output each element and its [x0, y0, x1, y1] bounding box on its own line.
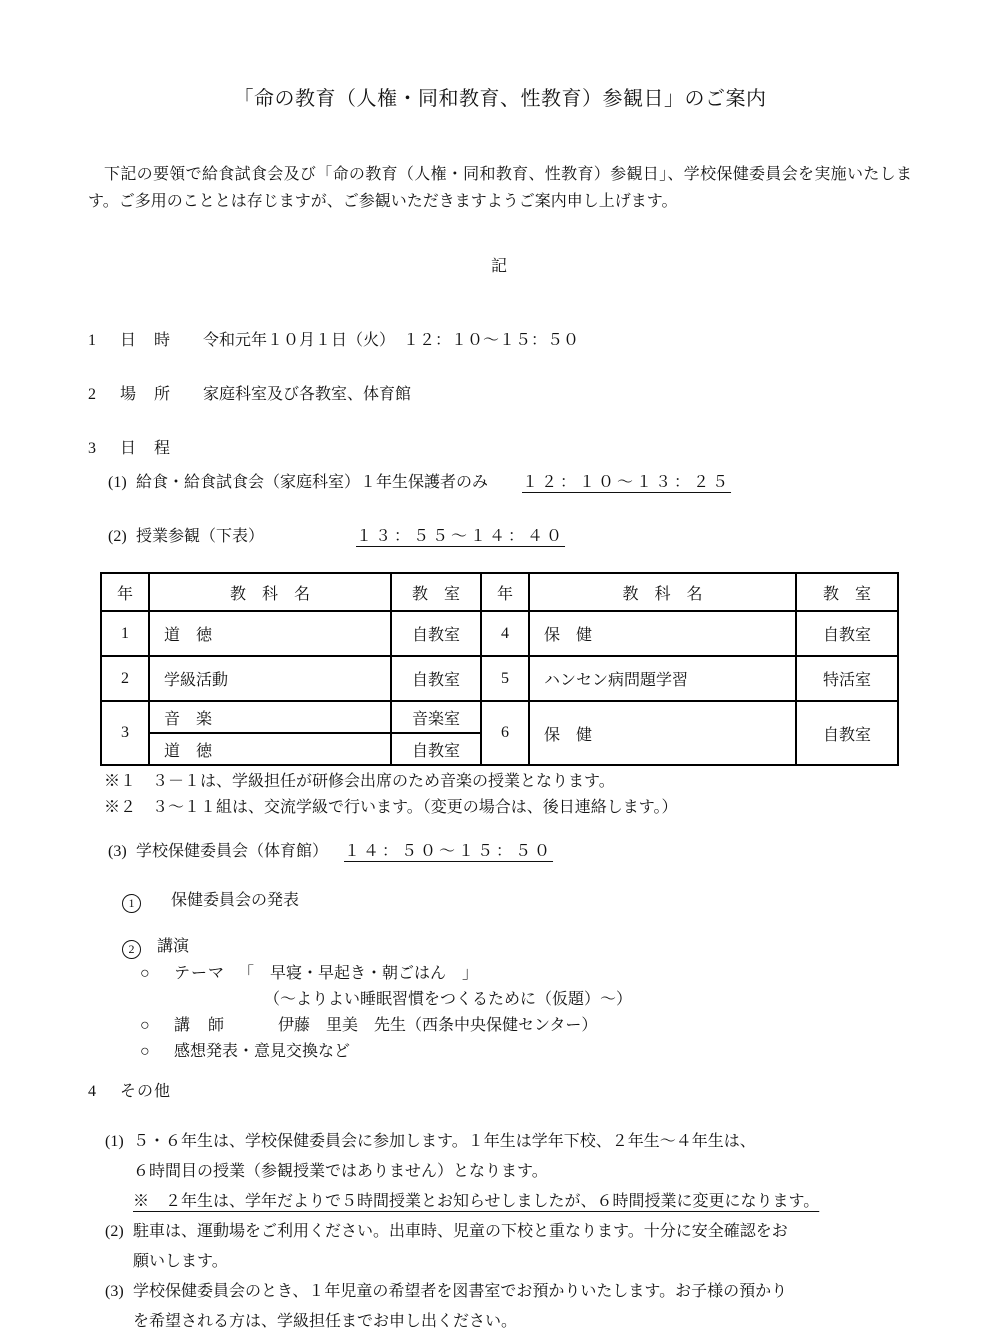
header-subject: 教 科 名 [149, 573, 391, 611]
cell-grade: 6 [481, 701, 529, 765]
cell-room: 自教室 [391, 611, 481, 656]
cell-subject: 道 徳 [149, 611, 391, 656]
section-label: 場 所 [120, 382, 171, 408]
schedule-item-3-time: １４：５０～１５：５０ [344, 843, 553, 860]
section-number: 2 [88, 382, 108, 408]
schedule-item-1-text: 給食・給食試食会（家庭科室）１年生保護者のみ [136, 474, 488, 491]
table-notes: ※１ ３－１は、学級担任が研修会出席のため音楽の授業となります。 ※２ ３～１１… [104, 769, 1000, 821]
section-label: 日 程 [120, 436, 171, 462]
cell-subject: 音 楽 [149, 701, 391, 733]
section-place: 2場 所家庭科室及び各教室、体育館 [88, 382, 1000, 408]
section-number: 4 [88, 1079, 108, 1105]
table-note-1: ※１ ３－１は、学級担任が研修会出席のため音楽の授業となります。 [104, 769, 1000, 795]
document-page: 「命の教育（人権・同和教育、性教育）参観日」のご案内 下記の要領で給食試食会及び… [0, 0, 1000, 1339]
cell-room: 自教室 [796, 701, 898, 765]
place-value: 家庭科室及び各教室、体育館 [203, 386, 411, 403]
item-number: (1) [108, 470, 136, 496]
others-item-3: (3)学校保健委員会のとき、１年児童の希望者を図書室でお預かりいたします。お子様… [105, 1277, 1000, 1307]
cell-room: 音楽室 [391, 701, 481, 733]
cell-grade: 5 [481, 656, 529, 701]
circled-number-icon: 1 [122, 894, 141, 913]
schedule-item-3-text: 学校保健委員会（体育館） [136, 843, 328, 860]
item-number: (3) [108, 839, 136, 865]
section-number: 1 [88, 328, 108, 354]
cell-grade: 4 [481, 611, 529, 656]
header-subject: 教 科 名 [529, 573, 796, 611]
others-item-1: (1)５・６年生は、学校保健委員会に参加します。１年生は学年下校、２年生～４年生… [105, 1127, 1000, 1157]
section-schedule: 3日 程 [88, 436, 1000, 462]
cell-grade: 3 [101, 701, 149, 765]
schedule-item-2: (2)授業参観（下表）１３：５５～１４：４０ [108, 524, 1000, 550]
others-item-2-line2: 願いします。 [133, 1247, 1000, 1277]
theme-text: 「 早寝・早起き・朝ごはん 」 [238, 965, 478, 982]
committee-item-1-text: 保健委員会の発表 [171, 892, 299, 909]
committee-item-1: 1保健委員会の発表 [122, 889, 1000, 913]
committee-item-2-text: 講演 [157, 938, 189, 955]
schedule-item-1-time: １２：１０～１３：２５ [522, 474, 731, 491]
datetime-value: 令和元年１０月１日（火） １２：１０～１５：５０ [203, 332, 579, 349]
others-item-3-line2: を希望される方は、学級担任までお申し出ください。 [133, 1307, 1000, 1337]
schedule-item-1: (1)給食・給食試食会（家庭科室）１年生保護者のみ１２：１０～１３：２５ [108, 470, 1000, 496]
others-item-1-note: ※ ２年生は、学年だよりで５時間授業とお知らせしましたが、６時間授業に変更になり… [133, 1187, 1000, 1217]
schedule-item-2-text: 授業参観（下表） [136, 528, 264, 545]
cell-room: 自教室 [391, 733, 481, 765]
cell-grade: 1 [101, 611, 149, 656]
record-mark: 記 [0, 253, 1000, 276]
cell-room: 自教室 [391, 656, 481, 701]
item-number: (1) [105, 1127, 133, 1157]
item-number: (2) [108, 524, 136, 550]
section-number: 3 [88, 436, 108, 462]
others-item-1-line2: ６時間目の授業（参観授業ではありません）となります。 [133, 1157, 1000, 1187]
cell-room: 自教室 [796, 611, 898, 656]
item-number: (2) [105, 1217, 133, 1247]
table-row: 1 道 徳 自教室 4 保 健 自教室 [101, 611, 898, 656]
circle-bullet-icon: ○ [140, 1039, 174, 1065]
lecture-theme-subtitle: （～よりよい睡眠習慣をつくるために（仮題）～） [264, 987, 1000, 1013]
section-label: その他 [120, 1079, 171, 1105]
section-others: 4その他 [88, 1079, 1000, 1105]
header-year: 年 [101, 573, 149, 611]
header-year: 年 [481, 573, 529, 611]
others-item-1-line1: ５・６年生は、学校保健委員会に参加します。１年生は学年下校、２年生～４年生は、 [133, 1133, 756, 1150]
schedule-item-2-time: １３：５５～１４：４０ [356, 528, 565, 545]
theme-label: テーマ [174, 961, 238, 987]
cell-subject: 保 健 [529, 701, 796, 765]
section-label: 日 時 [120, 328, 171, 354]
others-item-2-line1: 駐車は、運動場をご利用ください。出車時、児童の下校と重なります。十分に安全確認を… [133, 1223, 788, 1240]
others-item-3-line1: 学校保健委員会のとき、１年児童の希望者を図書室でお預かりいたします。お子様の預か… [133, 1283, 787, 1300]
cell-subject: ハンセン病問題学習 [529, 656, 796, 701]
header-room: 教 室 [391, 573, 481, 611]
cell-room: 特活室 [796, 656, 898, 701]
others-item-2: (2)駐車は、運動場をご利用ください。出車時、児童の下校と重なります。十分に安全… [105, 1217, 1000, 1247]
table-row: 3 音 楽 音楽室 6 保 健 自教室 [101, 701, 898, 733]
header-room: 教 室 [796, 573, 898, 611]
cell-subject: 保 健 [529, 611, 796, 656]
circled-number-icon: 2 [122, 940, 141, 959]
feedback-text: 感想発表・意見交換など [174, 1043, 350, 1060]
feedback-line: ○感想発表・意見交換など [140, 1039, 1000, 1065]
lecturer-text: 伊藤 里美 先生（西条中央保健センター） [278, 1017, 597, 1034]
item-number: (3) [105, 1277, 133, 1307]
lecture-theme-line: ○テーマ「 早寝・早起き・朝ごはん 」 [140, 961, 1000, 987]
cell-subject: 学級活動 [149, 656, 391, 701]
table-note-2: ※２ ３～１１組は、交流学級で行います。（変更の場合は、後日連絡します。） [104, 795, 1000, 821]
cell-grade: 2 [101, 656, 149, 701]
schedule-item-3: (3)学校保健委員会（体育館）１４：５０～１５：５０ [108, 839, 1000, 865]
section-datetime: 1日 時令和元年１０月１日（火） １２：１０～１５：５０ [88, 328, 1000, 354]
committee-item-2: 2講演 [122, 935, 1000, 959]
intro-paragraph: 下記の要領で給食試食会及び「命の教育（人権・同和教育、性教育）参観日」、学校保健… [88, 161, 912, 215]
table-row: 2 学級活動 自教室 5 ハンセン病問題学習 特活室 [101, 656, 898, 701]
circle-bullet-icon: ○ [140, 1013, 174, 1039]
cell-subject: 道 徳 [149, 733, 391, 765]
lecturer-line: ○講 師伊藤 里美 先生（西条中央保健センター） [140, 1013, 1000, 1039]
lecturer-label: 講 師 [174, 1013, 278, 1039]
table-header-row: 年 教 科 名 教 室 年 教 科 名 教 室 [101, 573, 898, 611]
document-title: 「命の教育（人権・同和教育、性教育）参観日」のご案内 [0, 0, 1000, 111]
class-schedule-table: 年 教 科 名 教 室 年 教 科 名 教 室 1 道 徳 自教室 4 保 健 … [100, 572, 899, 766]
circle-bullet-icon: ○ [140, 961, 174, 987]
